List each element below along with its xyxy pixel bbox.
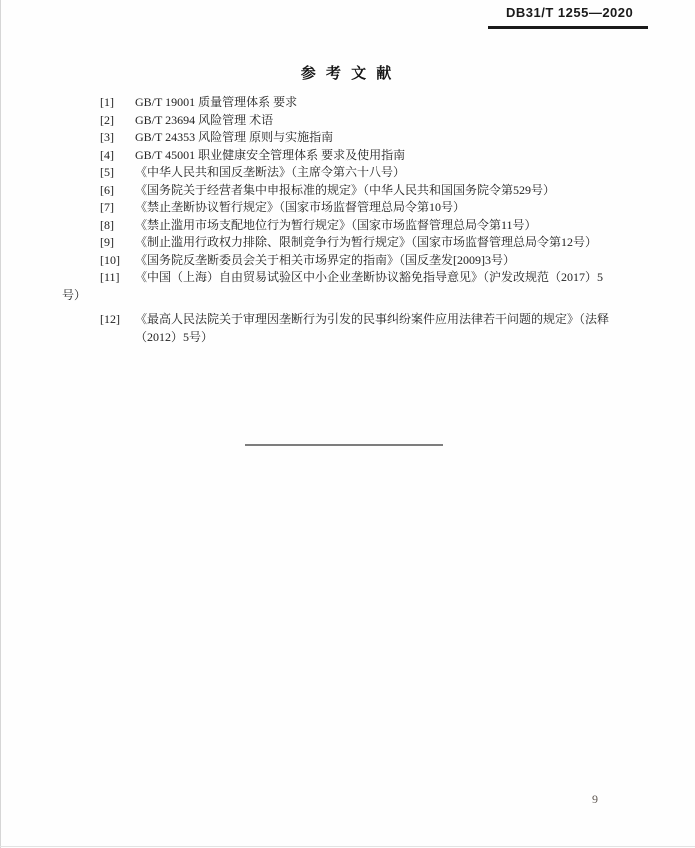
reference-item: [3] GB/T 24353 风险管理 原则与实施指南 bbox=[100, 129, 645, 147]
reference-label: [2] bbox=[100, 112, 135, 130]
reference-label: [5] bbox=[100, 164, 135, 182]
header-rule-line bbox=[488, 26, 648, 29]
reference-text: GB/T 19001 质量管理体系 要求 bbox=[135, 94, 297, 112]
end-of-document-divider-line bbox=[245, 444, 443, 446]
reference-item: [4] GB/T 45001 职业健康安全管理体系 要求及使用指南 bbox=[100, 147, 645, 165]
scan-edge-bottom bbox=[0, 846, 695, 847]
standard-number: DB31/T 1255—2020 bbox=[506, 5, 633, 20]
reference-item: [2] GB/T 23694 风险管理 术语 bbox=[100, 112, 645, 130]
reference-item: [7] 《禁止垄断协议暂行规定》（国家市场监督管理总局令第10号） bbox=[100, 199, 645, 217]
reference-text: 《国务院关于经营者集中申报标准的规定》（中华人民共和国国务院令第529号） bbox=[135, 182, 555, 200]
document-page: DB31/T 1255—2020 参 考 文 献 [1] GB/T 19001 … bbox=[0, 0, 695, 848]
reference-text: 《中国（上海）自由贸易试验区中小企业垄断协议豁免指导意见》（沪发改规范（2017… bbox=[135, 269, 603, 287]
reference-text: 《禁止滥用市场支配地位行为暂行规定》（国家市场监督管理总局令第11号） bbox=[135, 217, 537, 235]
reference-item: [1] GB/T 19001 质量管理体系 要求 bbox=[100, 94, 645, 112]
reference-label: [1] bbox=[100, 94, 135, 112]
reference-item: [11] 《中国（上海）自由贸易试验区中小企业垄断协议豁免指导意见》（沪发改规范… bbox=[100, 269, 645, 304]
reference-text-continuation: （2012）5号） bbox=[135, 329, 645, 347]
reference-item: [8] 《禁止滥用市场支配地位行为暂行规定》（国家市场监督管理总局令第11号） bbox=[100, 217, 645, 235]
reference-text: GB/T 23694 风险管理 术语 bbox=[135, 112, 273, 130]
reference-text: GB/T 45001 职业健康安全管理体系 要求及使用指南 bbox=[135, 147, 405, 165]
reference-item: [10] 《国务院反垄断委员会关于相关市场界定的指南》（国反垄发[2009]3号… bbox=[100, 252, 645, 270]
reference-text: GB/T 24353 风险管理 原则与实施指南 bbox=[135, 129, 333, 147]
section-title: 参 考 文 献 bbox=[0, 62, 695, 83]
reference-label: [10] bbox=[100, 252, 135, 270]
reference-text: 《中华人民共和国反垄断法》（主席令第六十八号） bbox=[135, 164, 405, 182]
reference-text: 《最高人民法院关于审理因垄断行为引发的民事纠纷案件应用法律若干问题的规定》（法释 bbox=[135, 311, 609, 329]
reference-text: 《制止滥用行政权力排除、限制竞争行为暂行规定》（国家市场监督管理总局令第12号） bbox=[135, 234, 597, 252]
reference-label: [3] bbox=[100, 129, 135, 147]
reference-list: [1] GB/T 19001 质量管理体系 要求 [2] GB/T 23694 … bbox=[100, 94, 645, 346]
reference-label: [8] bbox=[100, 217, 135, 235]
reference-text: 《国务院反垄断委员会关于相关市场界定的指南》（国反垄发[2009]3号） bbox=[135, 252, 515, 270]
reference-label: [6] bbox=[100, 182, 135, 200]
reference-label: [11] bbox=[100, 269, 135, 287]
reference-label: [9] bbox=[100, 234, 135, 252]
reference-label: [12] bbox=[100, 311, 135, 329]
reference-item: [5] 《中华人民共和国反垄断法》（主席令第六十八号） bbox=[100, 164, 645, 182]
reference-item: [6] 《国务院关于经营者集中申报标准的规定》（中华人民共和国国务院令第529号… bbox=[100, 182, 645, 200]
reference-text-continuation: 号） bbox=[62, 287, 645, 305]
reference-item: [9] 《制止滥用行政权力排除、限制竞争行为暂行规定》（国家市场监督管理总局令第… bbox=[100, 234, 645, 252]
reference-label: [7] bbox=[100, 199, 135, 217]
reference-label: [4] bbox=[100, 147, 135, 165]
page-number: 9 bbox=[592, 792, 598, 807]
reference-text: 《禁止垄断协议暂行规定》（国家市场监督管理总局令第10号） bbox=[135, 199, 465, 217]
reference-item: [12] 《最高人民法院关于审理因垄断行为引发的民事纠纷案件应用法律若干问题的规… bbox=[100, 311, 645, 346]
scan-edge-left bbox=[0, 0, 1, 848]
